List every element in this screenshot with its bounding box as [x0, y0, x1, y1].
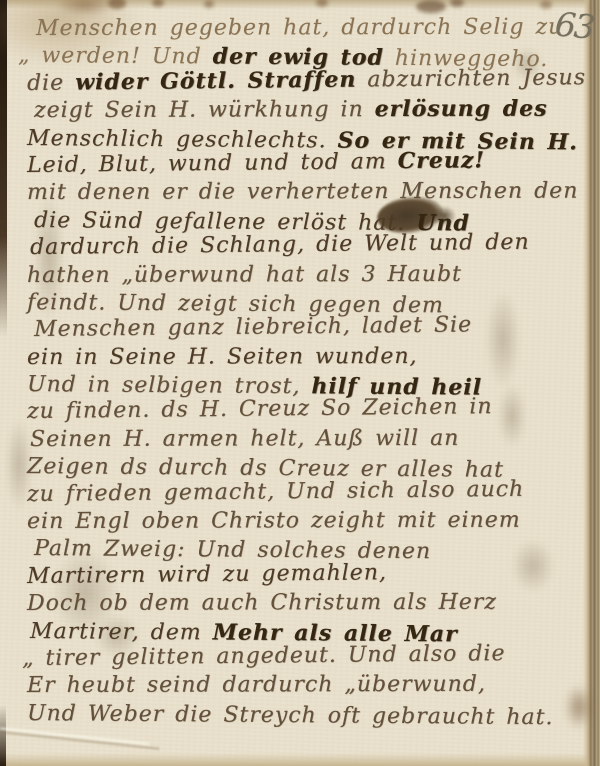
handwritten-text: Menschen gegeben hat, dardurch Selig zu„…: [27, 15, 579, 727]
handwriting-segment: „ tirer gelitten angedeut. Und also die: [22, 641, 506, 671]
paper-crease-highlight: [0, 727, 149, 746]
manuscript-line: Leid, Blut, wund und tod am Creuz!: [27, 146, 579, 179]
handwriting-segment: dardurch die Schlang, die Welt und den: [30, 230, 530, 260]
manuscript-line: hathen „überwund hat als 3 Haubt: [27, 260, 579, 289]
handwriting-segment: „ werden! Und: [18, 43, 213, 70]
handwriting-segment-bold: wider Göttl. Straffen: [75, 66, 356, 95]
handwriting-segment: Menschen ganz liebreich, ladet Sie: [34, 313, 472, 343]
manuscript-line: dardurch die Schlang, die Welt und den: [30, 228, 579, 261]
right-page-edge: [583, 0, 600, 766]
manuscript-line: mit denen er die verherteten Menschen de…: [27, 178, 579, 207]
handwriting-segment: Martirern wird zu gemahlen,: [27, 560, 387, 589]
top-page-edge: [0, 0, 600, 9]
manuscript-line: zu frieden gemacht, Und sich also auch: [27, 475, 579, 508]
manuscript-page: Menschen gegeben hat, dardurch Selig zu„…: [0, 0, 600, 766]
manuscript-line: ein Engl oben Christo zeight mit einem: [27, 507, 579, 536]
handwriting-segment: hathen „überwund hat als 3 Haubt: [27, 261, 462, 287]
page-number: 63: [553, 4, 594, 46]
handwriting-segment-bold: erlösung des: [375, 96, 548, 122]
manuscript-line: zu finden. ds H. Creuz So Zeichen in: [27, 393, 579, 426]
handwriting-segment: Er heubt seind dardurch „überwund,: [27, 672, 486, 698]
manuscript-line: die wider Göttl. Straffen abzurichten Je…: [27, 64, 579, 97]
manuscript-line: „ tirer gelitten angedeut. Und also die: [34, 639, 579, 672]
handwriting-segment: Leid, Blut, wund und tod am: [27, 149, 398, 178]
manuscript-line: zeigt Sein H. würkhung in erlösung des: [34, 96, 579, 125]
manuscript-line: Menschen gegeben hat, dardurch Selig zu: [36, 14, 579, 43]
manuscript-line: Doch ob dem auch Christum als Herz: [27, 589, 579, 618]
handwriting-segment: die: [27, 70, 75, 96]
handwriting-segment: abzurichten Jesus: [356, 65, 586, 92]
manuscript-line: Er heubt seind dardurch „überwund,: [27, 671, 579, 700]
handwriting-segment: Seinen H. armen helt, Auß will an: [30, 426, 459, 452]
manuscript-line: Martirern wird zu gemahlen,: [27, 557, 579, 590]
handwriting-segment: Und Weber die Streych oft gebraucht hat.: [27, 701, 554, 730]
handwriting-segment: zu finden. ds H. Creuz So Zeichen in: [27, 395, 493, 425]
handwriting-segment-bold: Creuz!: [398, 147, 486, 174]
manuscript-line: ein in Seine H. Seiten wunden,: [27, 342, 579, 371]
handwriting-segment: ein Engl oben Christo zeight mit einem: [27, 508, 521, 534]
handwriting-segment: Menschen gegeben hat, dardurch Selig zu: [36, 15, 563, 41]
left-binding-gutter: [0, 0, 7, 337]
handwriting-segment: zu frieden gemacht, Und sich also auch: [27, 476, 524, 506]
handwriting-segment: Martirer, dem: [30, 619, 213, 645]
handwriting-segment: zeigt Sein H. würkhung in: [34, 97, 375, 123]
left-binding-gutter-bottom: [0, 705, 6, 766]
manuscript-line: Menschen ganz liebreich, ladet Sie: [34, 311, 579, 344]
manuscript-line: Und Weber die Streych oft gebraucht hat.: [27, 700, 579, 732]
manuscript-line: Seinen H. armen helt, Auß will an: [30, 424, 579, 453]
handwriting-segment: Doch ob dem auch Christum als Herz: [27, 590, 497, 616]
handwriting-segment: mit denen er die verherteten Menschen de…: [27, 179, 578, 205]
handwriting-segment: ein in Seine H. Seiten wunden,: [27, 344, 418, 370]
bottom-page-edge: [0, 753, 600, 766]
